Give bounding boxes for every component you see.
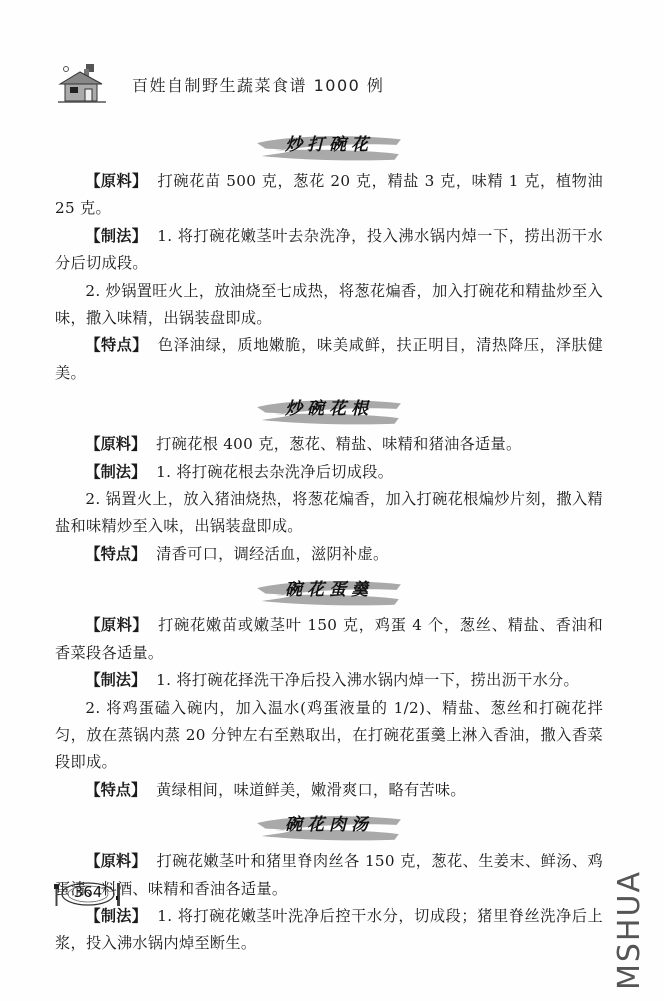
recipe-1: 炒打碗花 【原料】打碗花苗 500 克，葱花 20 克，精盐 3 克，味精 1 …: [55, 126, 603, 387]
recipe-title: 碗花蛋羹: [255, 575, 403, 606]
page-number-badge: 364: [52, 880, 124, 908]
recipe-title: 炒打碗花: [255, 130, 403, 161]
ingredients-paragraph: 【原料】打碗花嫩苗或嫩茎叶 150 克，鸡蛋 4 个，葱丝、精盐、香油和香菜段各…: [55, 612, 603, 667]
features-paragraph: 【特点】色泽油绿，质地嫩脆，味美咸鲜，扶正明目，清热降压，泽肤健美。: [55, 332, 603, 387]
ingredients-paragraph: 【原料】打碗花根 400 克，葱花、精盐、味精和猪油各适量。: [55, 431, 603, 458]
watermark: MSHUA: [612, 870, 647, 990]
recipe-title: 炒碗花根: [255, 394, 403, 425]
recipe-title: 碗花肉汤: [255, 810, 403, 841]
features-paragraph: 【特点】清香可口，调经活血，滋阴补虚。: [55, 541, 603, 568]
method-paragraph: 【制法】1. 将打碗花择洗干净后投入沸水锅内焯一下，捞出沥干水分。: [55, 667, 603, 694]
method-step-paragraph: 2. 锅置火上，放入猪油烧热，将葱花煸香，加入打碗花根煸炒片刻，撒入精盐和味精炒…: [55, 486, 603, 541]
ingredients-paragraph: 【原料】打碗花苗 500 克，葱花 20 克，精盐 3 克，味精 1 克，植物油…: [55, 168, 603, 223]
book-page: 百姓自制野生蔬菜食谱 1000 例 炒打碗花 【原料】打碗花苗 500 克，葱花…: [0, 0, 664, 1001]
method-paragraph: 【制法】1. 将打碗花嫩茎叶洗净后控干水分，切成段；猪里脊丝洗净后上浆，投入沸水…: [55, 903, 603, 958]
recipe-3: 碗花蛋羹 【原料】打碗花嫩苗或嫩茎叶 150 克，鸡蛋 4 个，葱丝、精盐、香油…: [55, 570, 603, 804]
running-header: 百姓自制野生蔬菜食谱 1000 例: [58, 60, 384, 104]
recipe-2: 炒碗花根 【原料】打碗花根 400 克，葱花、精盐、味精和猪油各适量。 【制法】…: [55, 389, 603, 568]
book-title: 百姓自制野生蔬菜食谱 1000 例: [132, 73, 384, 96]
method-step-paragraph: 2. 炒锅置旺火上，放油烧至七成热，将葱花煸香，加入打碗花和精盐炒至入味，撒入味…: [55, 278, 603, 333]
method-paragraph: 【制法】1. 将打碗花嫩茎叶去杂洗净，投入沸水锅内焯一下，捞出沥干水分后切成段。: [55, 223, 603, 278]
recipe-content: 炒打碗花 【原料】打碗花苗 500 克，葱花 20 克，精盐 3 克，味精 1 …: [55, 124, 603, 958]
page-number: 364: [68, 883, 108, 901]
recipe-4: 碗花肉汤 【原料】打碗花嫩茎叶和猪里脊肉丝各 150 克，葱花、生姜末、鲜汤、鸡…: [55, 806, 603, 958]
features-paragraph: 【特点】黄绿相间，味道鲜美，嫩滑爽口，略有苦味。: [55, 777, 603, 804]
method-paragraph: 【制法】1. 将打碗花根去杂洗净后切成段。: [55, 459, 603, 486]
ingredients-paragraph: 【原料】打碗花嫩茎叶和猪里脊肉丝各 150 克，葱花、生姜末、鲜汤、鸡蛋清、料酒…: [55, 848, 603, 903]
method-step-paragraph: 2. 将鸡蛋磕入碗内，加入温水(鸡蛋液量的 1/2)、精盐、葱丝和打碗花拌匀，放…: [55, 695, 603, 777]
house-icon: [58, 60, 106, 104]
